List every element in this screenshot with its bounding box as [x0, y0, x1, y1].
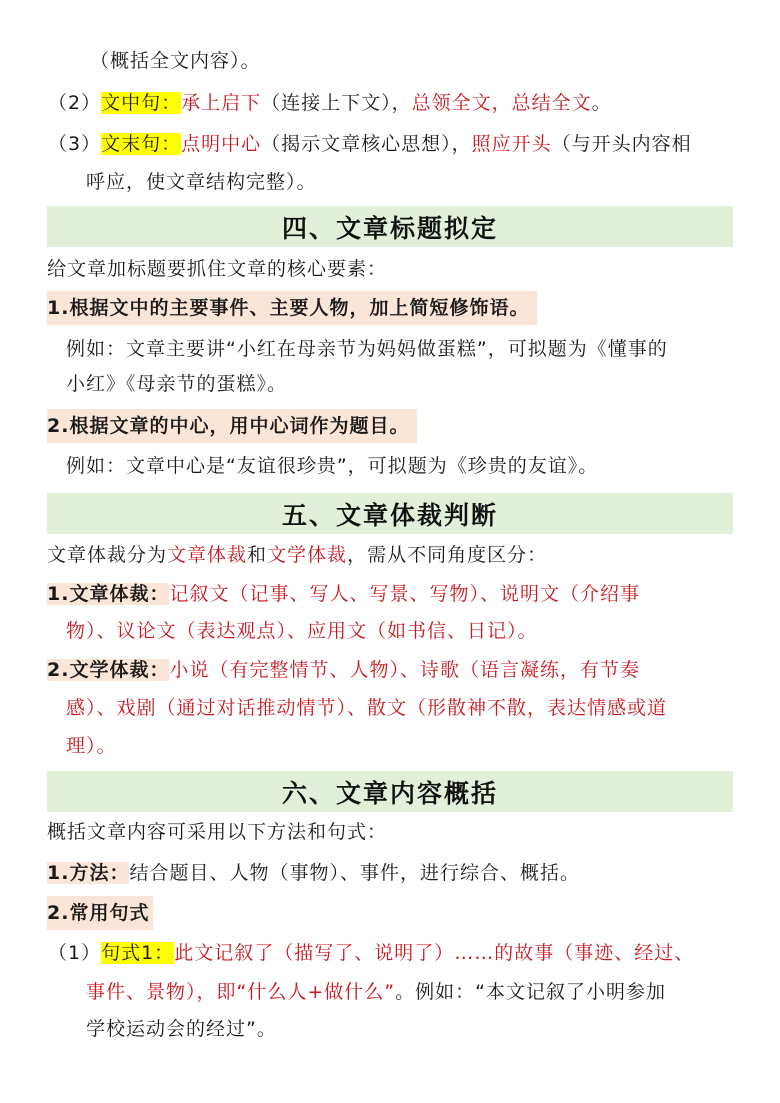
pattern-item-1: （1）句式1：此文记叙了（描写了、说明了）……的故事（事迹、经过、 — [48, 939, 694, 967]
text: 呼应，使文章结构完整）。 — [86, 171, 317, 193]
section-heading-5: 五、文章体裁判断 — [47, 493, 733, 534]
text: 概括文章内容可采用以下方法和句式： — [47, 821, 387, 843]
text: （连接上下文）， — [261, 92, 412, 114]
item-number: （1） — [48, 942, 101, 964]
genre-item-1-cont: 物）、议论文（表达观点）、应用文（如书信、日记）。 — [66, 617, 538, 645]
list-item-2: （2）文中句：承上启下（连接上下文），总领全文，总结全文。 — [48, 89, 612, 117]
text: 学校运动会的经过”。 — [86, 1018, 277, 1040]
text: 例如：文章主要讲“小红在母亲节为妈妈做蛋糕”，可拟题为《懂事的 — [66, 338, 668, 360]
key-term: 照应开头 — [472, 133, 552, 155]
sub-heading: 2.常用句式 — [47, 896, 153, 930]
example-line: 例如：文章主要讲“小红在母亲节为妈妈做蛋糕”，可拟题为《懂事的 — [66, 335, 668, 363]
key-term: 物）、议论文（表达观点）、应用文（如书信、日记）。 — [66, 620, 538, 642]
text: 例如：文章中心是“友谊很珍贵”，可拟题为《珍贵的友谊》。 — [66, 455, 598, 477]
text: 。例如：“本文记叙了小明参加 — [395, 981, 666, 1003]
section-intro: 概括文章内容可采用以下方法和句式： — [47, 818, 387, 846]
text: 给文章加标题要抓住文章的核心要素： — [47, 258, 387, 280]
text: ，需从不同角度区分： — [347, 544, 547, 566]
key-term: 记叙文（记事、写人、写景、写物）、说明文（介绍事 — [169, 583, 640, 605]
item-label: 文末句： — [101, 133, 181, 155]
section-intro: 给文章加标题要抓住文章的核心要素： — [47, 255, 387, 283]
genre-item-2: 2.文学体裁：小说（有完整情节、人物）、诗歌（语言凝练，有节奏 — [47, 656, 640, 684]
key-term: 理）。 — [66, 735, 117, 757]
item-label: 文中句： — [101, 92, 181, 114]
sub-heading: 2.根据文章的中心，用中心词作为题目。 — [47, 409, 417, 443]
key-term: 文学体裁 — [267, 544, 347, 566]
item-number: （3） — [48, 133, 101, 155]
sub-heading: 2.文学体裁： — [47, 659, 169, 681]
method-item: 1.方法：结合题目、人物（事物）、事件，进行综合、概括。 — [47, 859, 580, 887]
item-label: 句式1： — [101, 942, 174, 964]
example-line: 小红》《母亲节的蛋糕》。 — [66, 370, 287, 398]
genre-item-1: 1.文章体裁：记叙文（记事、写人、写景、写物）、说明文（介绍事 — [47, 580, 640, 608]
list-item-3: （3）文末句：点明中心（揭示文章核心思想），照应开头（与开头内容相 — [48, 130, 692, 158]
text-line: （概括全文内容）。 — [90, 47, 261, 75]
pattern-item-1-cont: 事件、景物），即“什么人+做什么”。例如：“本文记叙了小明参加 — [86, 978, 666, 1006]
text: （与开头内容相 — [552, 133, 692, 155]
key-term: 此文记叙了（描写了、说明了）……的故事（事迹、经过、 — [174, 942, 694, 964]
key-term: 点明中心 — [181, 133, 261, 155]
key-term: 感）、戏剧（通过对话推动情节）、散文（形散神不散，表达情感或道 — [66, 697, 667, 719]
key-term: 事件、景物），即“什么人+做什么” — [86, 981, 395, 1003]
section-heading-6: 六、文章内容概括 — [47, 771, 733, 812]
text: （概括全文内容）。 — [90, 50, 261, 72]
item-number: （2） — [48, 92, 101, 114]
text: 小红》《母亲节的蛋糕》。 — [66, 373, 287, 395]
section-intro: 文章体裁分为文章体裁和文学体裁，需从不同角度区分： — [47, 541, 547, 569]
text-line: 呼应，使文章结构完整）。 — [86, 168, 317, 196]
key-term: 文章体裁 — [167, 544, 247, 566]
text: 结合题目、人物（事物）、事件，进行综合、概括。 — [129, 862, 580, 884]
text: （揭示文章核心思想）， — [261, 133, 472, 155]
section-heading-4: 四、文章标题拟定 — [47, 206, 733, 247]
genre-item-2-cont: 理）。 — [66, 732, 117, 760]
text: 文章体裁分为 — [47, 544, 167, 566]
pattern-item-1-cont: 学校运动会的经过”。 — [86, 1015, 277, 1043]
sub-heading: 1.文章体裁： — [47, 583, 169, 605]
example-line: 例如：文章中心是“友谊很珍贵”，可拟题为《珍贵的友谊》。 — [66, 452, 598, 480]
genre-item-2-cont: 感）、戏剧（通过对话推动情节）、散文（形散神不散，表达情感或道 — [66, 694, 667, 722]
key-term: 总领全文，总结全文 — [412, 92, 592, 114]
key-term: 承上启下 — [181, 92, 261, 114]
sub-heading: 1.根据文中的主要事件、主要人物，加上简短修饰语。 — [47, 291, 537, 325]
text: 。 — [592, 92, 612, 114]
key-term: 小说（有完整情节、人物）、诗歌（语言凝练，有节奏 — [169, 659, 640, 681]
text: 和 — [247, 544, 267, 566]
sub-heading: 1.方法： — [47, 862, 129, 884]
